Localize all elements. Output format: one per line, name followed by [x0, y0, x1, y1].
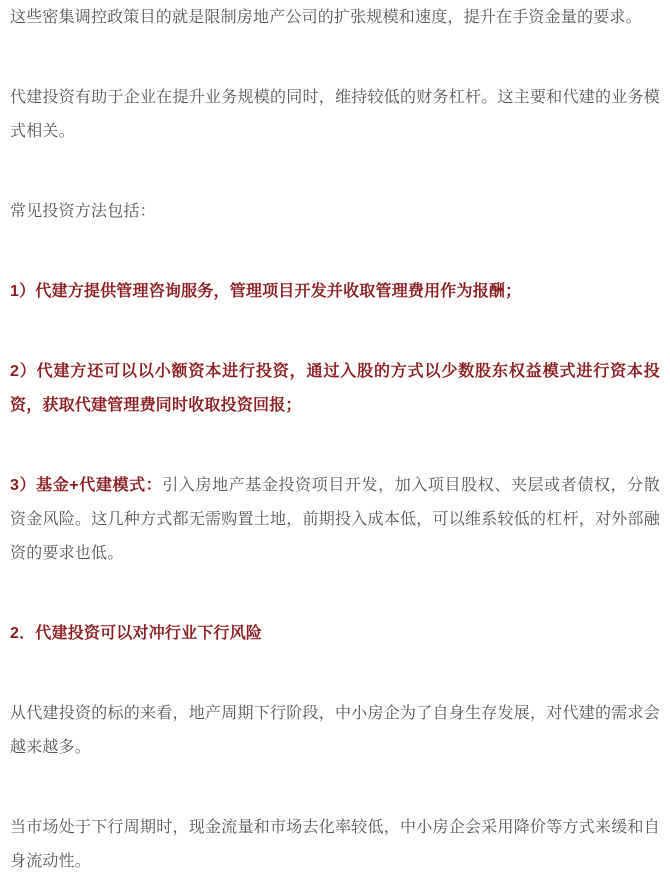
paragraph-method-3-lead: 3）基金+代建模式： — [10, 477, 162, 494]
paragraph-method-1: 1）代建方提供管理咨询服务，管理项目开发并收取管理费用作为报酬； — [10, 275, 660, 309]
paragraph-daijian-leverage: 代建投资有助于企业在提升业务规模的同时，维持较低的财务杠杆。这主要和代建的业务模… — [10, 81, 660, 149]
paragraph-downcycle-liquidity: 当市场处于下行周期时，现金流量和市场去化率较低，中小房企会采用降价等方式来缓和自… — [10, 811, 660, 877]
section-heading-2: 2．代建投资可以对冲行业下行风险 — [10, 617, 660, 651]
paragraph-downcycle-demand: 从代建投资的标的来看，地产周期下行阶段，中小房企为了自身生存发展，对代建的需求会… — [10, 697, 660, 765]
paragraph-methods-intro: 常见投资方法包括： — [10, 195, 660, 229]
article-body: 这些密集调控政策目的就是限制房地产公司的扩张规模和速度，提升在手资金量的要求。 … — [0, 0, 670, 877]
paragraph-method-3: 3）基金+代建模式：引入房地产基金投资项目开发，加入项目股权、夹层或者债权，分散… — [10, 469, 660, 571]
paragraph-method-2: 2）代建方还可以以小额资本进行投资，通过入股的方式以少数股东权益模式进行资本投资… — [10, 355, 660, 423]
paragraph-policy-summary: 这些密集调控政策目的就是限制房地产公司的扩张规模和速度，提升在手资金量的要求。 — [10, 1, 660, 35]
